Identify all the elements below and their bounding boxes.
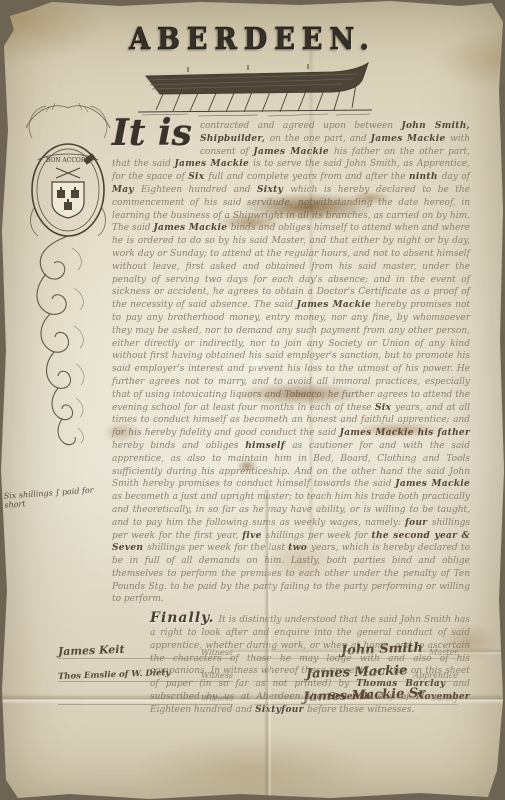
printed-text: hereby binds and obliges — [112, 441, 245, 451]
crest-ornament: BON ACCORD — [16, 98, 120, 450]
handwritten-text: James Mackie his father — [340, 428, 470, 438]
witness-label: Witness — [201, 671, 233, 680]
paragraph-main-segments: contracted and agreed upon between John … — [112, 121, 470, 604]
witness-signature-row: James Keit Witness — [58, 636, 233, 659]
handwritten-text: May — [112, 185, 141, 195]
handwritten-text: five — [242, 531, 266, 541]
printed-text: Eighteen hundred and — [141, 185, 257, 195]
indenture-text: It iscontracted and agreed upon between … — [112, 120, 470, 717]
handwritten-text: ninth — [409, 172, 442, 182]
printed-text: on the one part, and — [270, 134, 371, 144]
witness-signature-row: Witness — [58, 682, 233, 705]
handwritten-text: James Mackie — [395, 479, 470, 489]
ship-engraving — [128, 60, 378, 118]
handwritten-text: Sixty — [257, 185, 290, 195]
handwritten-text: Six — [375, 403, 395, 413]
handwritten-text: James Mackie — [371, 134, 450, 144]
witness-signature-row: Thos Emslie of W. Diety Witness — [58, 659, 233, 682]
document-title: ABERDEEN. — [0, 22, 505, 57]
printed-text: his father — [334, 147, 384, 157]
master-label: Master — [429, 648, 458, 657]
principal-column: John Smith Master James Mackie Apprentic… — [253, 636, 458, 705]
printed-text: before these witnesses. — [307, 705, 414, 715]
witness-label: Witness — [201, 648, 233, 657]
principal-signature-row: James Mackie Sr Surety — [253, 682, 458, 705]
handwritten-text: Sixtyfour — [255, 705, 307, 715]
master-signature: John Smith — [341, 641, 423, 659]
principal-signature-row: James Mackie Apprentice — [253, 659, 458, 682]
handwritten-text: himself — [245, 441, 292, 451]
opening-words: It is — [112, 118, 192, 148]
printed-text: contracted and agreed upon between — [200, 121, 401, 131]
document-paper: ABERDEEN. — [0, 0, 505, 800]
printed-text: shillings per week for the last — [147, 543, 288, 553]
principal-signature-row: John Smith Master — [253, 636, 458, 659]
handwritten-text: James Mackie — [154, 223, 231, 233]
printed-text: day of — [442, 172, 470, 182]
printed-text: shillings per week for — [266, 531, 372, 541]
handwritten-text: James Mackie — [253, 147, 334, 157]
witness-label: Witness — [201, 694, 233, 703]
handwritten-text: Six — [188, 172, 208, 182]
printed-text: binds and obliges himself to attend when… — [112, 223, 470, 310]
printed-text: hereby promises not to pay any brotherho… — [112, 300, 470, 412]
handwritten-text: two — [288, 543, 311, 553]
signature-area: James Keit Witness Thos Emslie of W. Die… — [58, 636, 458, 705]
surety-label: Surety — [431, 694, 458, 703]
handwritten-text: four — [405, 518, 432, 528]
witness-signature: James Keit — [58, 643, 125, 658]
printed-text: full and complete years from and after t… — [208, 172, 409, 182]
apprentice-signature: James Mackie — [306, 663, 408, 682]
paragraph-main: It iscontracted and agreed upon between … — [112, 120, 470, 606]
witness-column: James Keit Witness Thos Emslie of W. Die… — [58, 636, 233, 705]
apprentice-label: Apprentice — [413, 671, 458, 680]
printed-text: Eighteen hundred and — [150, 705, 255, 715]
witness-signature: Thos Emslie of W. Diety — [58, 668, 171, 682]
handwritten-text: James Mackie — [297, 300, 375, 310]
handwritten-text: James Mackie — [175, 159, 254, 169]
surety-signature: James Mackie Sr — [303, 686, 426, 705]
finally-word: Finally. — [150, 610, 215, 626]
marginal-note: Six shillings ∫ paid for short — [4, 484, 113, 509]
crest-motto: BON ACCORD — [46, 157, 91, 164]
crest-icon: BON ACCORD — [16, 98, 120, 450]
ship-engraving-icon — [128, 60, 378, 118]
